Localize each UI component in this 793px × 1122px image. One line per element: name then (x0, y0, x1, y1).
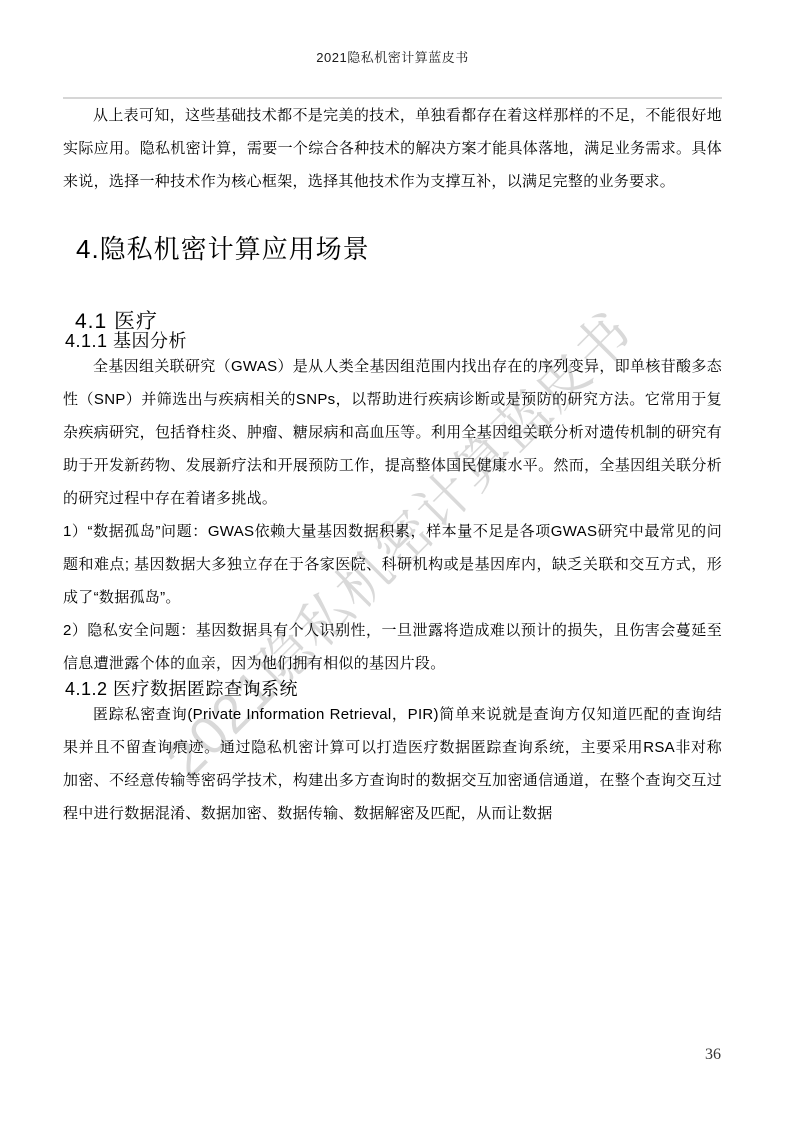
subsubsection-heading-pir-system: 4.1.2 医疗数据匿踪查询系统 (63, 680, 722, 698)
challenge-item-privacy-security: 2）隐私安全问题：基因数据具有个人识别性，一旦泄露将造成难以预计的损失，且伤害会… (63, 614, 722, 680)
intro-paragraph: 从上表可知，这些基础技术都不是完美的技术，单独看都存在着这样那样的不足，不能很好… (63, 99, 722, 198)
subsubsection-heading-gene-analysis: 4.1.1 基因分析 (63, 332, 722, 350)
page-content: 2021隐私机密计算蓝皮书 从上表可知，这些基础技术都不是完美的技术，单独看都存… (0, 50, 793, 830)
pir-system-paragraph: 匿踪私密查询(Private Information Retrieval，PIR… (63, 698, 722, 830)
section-heading-applications: 4.隐私机密计算应用场景 (63, 236, 722, 262)
subsection-heading-medical: 4.1 医疗 (63, 311, 722, 332)
document-page: 2021隐私机密计算蓝皮书 2021隐私机密计算蓝皮书 从上表可知，这些基础技术… (0, 0, 793, 1122)
gene-analysis-paragraph: 全基因组关联研究（GWAS）是从人类全基因组范围内找出存在的序列变异，即单核苷酸… (63, 350, 722, 515)
page-number: 36 (705, 1046, 721, 1064)
challenge-item-data-island: 1）“数据孤岛”问题：GWAS依赖大量基因数据积累，样本量不足是各项GWAS研究… (63, 515, 722, 614)
running-header-title: 2021隐私机密计算蓝皮书 (63, 50, 722, 66)
